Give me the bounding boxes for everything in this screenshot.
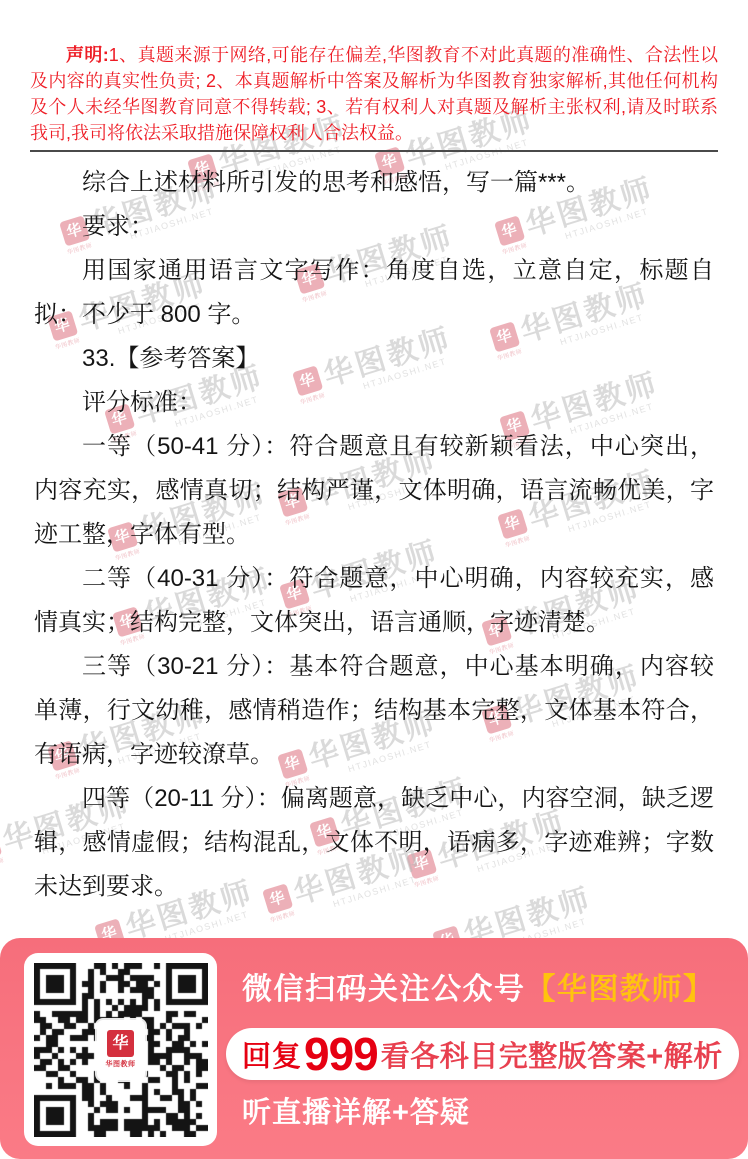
footer-brand-highlight: 【华图教师】 [526,973,715,1006]
document-page: 华华图教师华图教师HTJIAOSHI.NET华华图教师华图教师HTJIAOSHI… [0,0,748,1159]
disclaimer-label: 声明: [66,45,109,65]
qr-center-logo: 华 华图教师 [97,1020,145,1080]
body-paragraph: 一等（50-41 分）：符合题意且有较新颖看法，中心突出，内容充实，感情真切；结… [34,425,714,557]
footer-follow-line: 微信扫码关注公众号【华图教师】 [242,964,715,1008]
pill-suffix: 看各科目完整版答案+解析 [381,1034,723,1075]
footer-live-line: 听直播详解+答疑 [242,1090,470,1131]
body-paragraph: 评分标准： [34,381,714,425]
body-paragraph: 四等（20-11 分）：偏离题意，缺乏中心，内容空洞，缺乏逻辑，感情虚假；结构混… [34,777,714,909]
disclaimer-body: 1、真题来源于网络,可能存在偏差,华图教育不对此真题的准确性、合法性以及内容的真… [30,45,718,143]
body-paragraph: 33.【参考答案】 [34,337,714,381]
pill-keyword-number: 999 [304,1031,378,1077]
reply-keyword-pill: 回复999看各科目完整版答案+解析 [226,1028,739,1080]
pill-prefix: 回复 [242,1034,302,1075]
body-paragraph: 用国家通用语言文字写作：角度自选，立意自定，标题自拟：不少于 800 字。 [34,249,714,337]
body-paragraph: 三等（30-21 分）：基本符合题意，中心基本明确，内容较单薄，行文幼稚，感情稍… [34,645,714,777]
body-paragraph: 二等（40-31 分）：符合题意，中心明确，内容较充实，感情真实；结构完整，文体… [34,557,714,645]
qr-code: 华 华图教师 [24,953,217,1146]
footer-follow-text: 微信扫码关注公众号 [242,973,526,1006]
body-paragraph: 要求： [34,205,714,249]
qr-pattern-wrap: 华 华图教师 [34,963,208,1137]
disclaimer-text: 声明:1、真题来源于网络,可能存在偏差,华图教育不对此真题的准确性、合法性以及内… [30,0,718,146]
huatu-logo-mark: 华 [107,1030,134,1057]
body-paragraph: 综合上述材料所引发的思考和感悟，写一篇***。 [34,161,714,205]
footer-banner: 华 华图教师 微信扫码关注公众号【华图教师】 回复999看各科目完整版答案+解析… [0,938,748,1159]
qr-logo-label: 华图教师 [106,1059,136,1069]
document-body: 综合上述材料所引发的思考和感悟，写一篇***。要求：用国家通用语言文字写作：角度… [0,152,748,909]
